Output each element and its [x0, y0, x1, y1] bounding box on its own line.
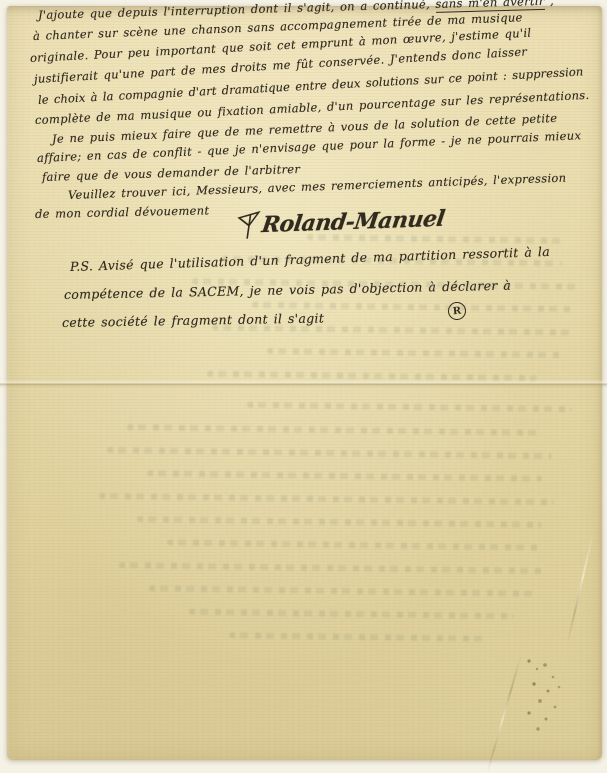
signature-name: Roland-Manuel	[260, 206, 446, 239]
postscript-line-1: P.S. Avisé que l'utilisation d'un fragme…	[70, 244, 550, 274]
postscript-line-2: compétence de la SACEM, je ne vois pas d…	[64, 278, 511, 302]
signature: Roland-Manuel	[234, 204, 447, 241]
circled-r-stamp: R	[447, 301, 467, 321]
line-1-end: ,	[544, 0, 554, 8]
postscript-line-3: cette société le fragment dont il s'agit	[62, 310, 324, 330]
letter-line-11: de mon cordial dévouement	[35, 203, 210, 221]
handwritten-text: J'ajoute que depuis l'interruption dont …	[0, 0, 607, 773]
scanned-letter: J'ajoute que depuis l'interruption dont …	[0, 0, 607, 773]
signature-flourish-icon	[234, 210, 262, 241]
